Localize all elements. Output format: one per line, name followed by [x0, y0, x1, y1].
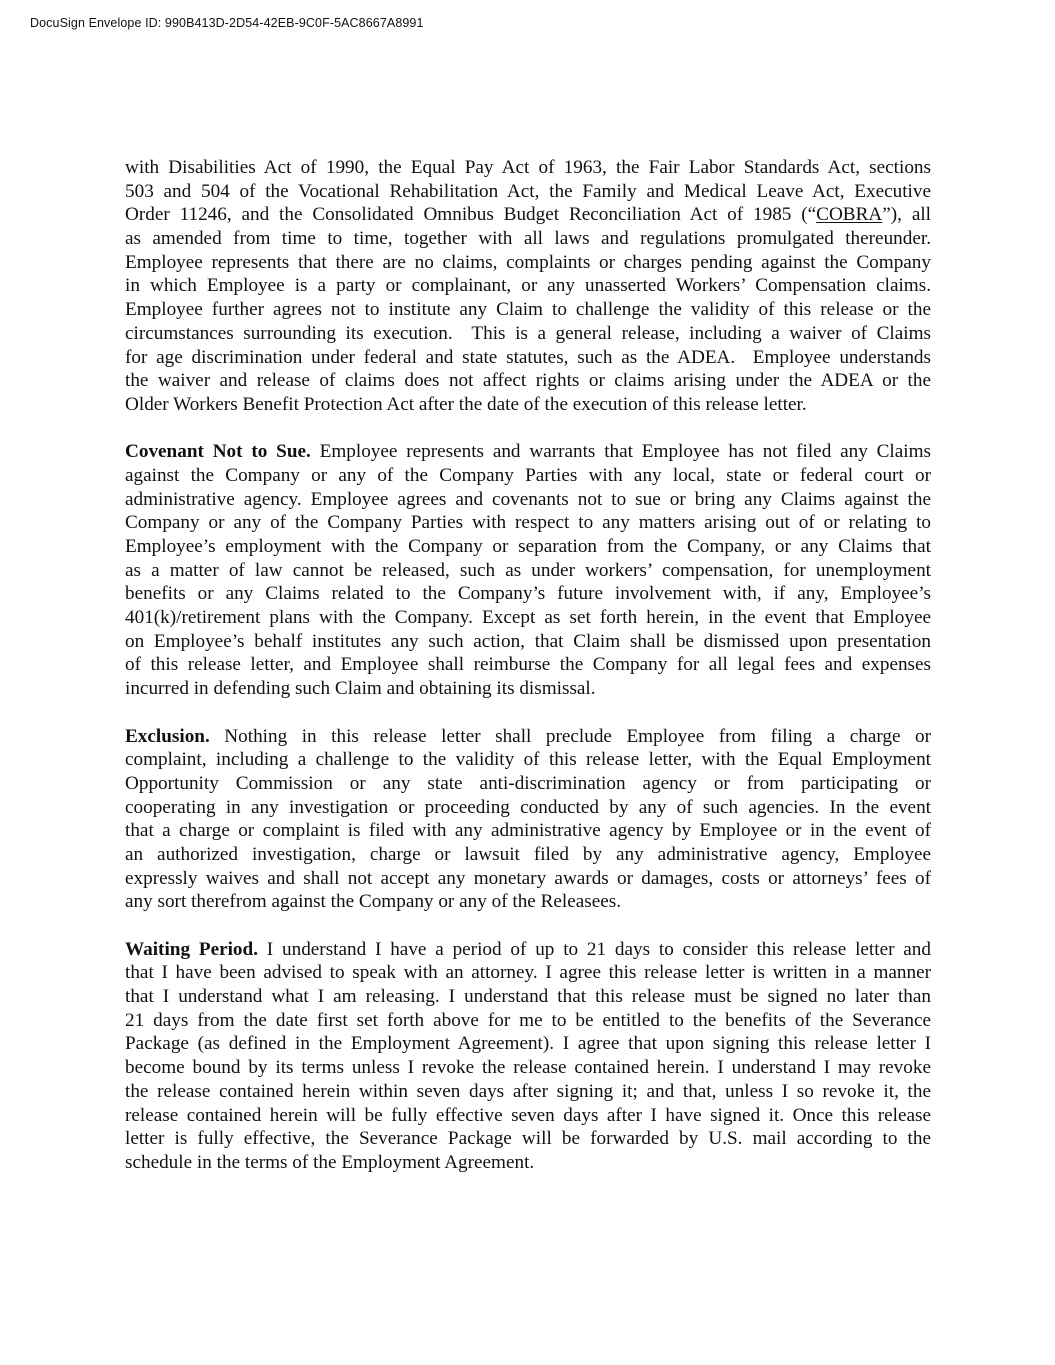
text-line: Opportunity Commission or any state anti…: [125, 772, 931, 796]
text-line: incurred in defending such Claim and obt…: [125, 677, 931, 701]
text-line: Employee further agrees not to institute…: [125, 298, 931, 322]
text-line: as amended from time to time, together w…: [125, 227, 931, 251]
text-line: administrative agency. Employee agrees a…: [125, 488, 931, 512]
text-line: as a matter of law cannot be released, s…: [125, 559, 931, 583]
text-line: schedule in the terms of the Employment …: [125, 1151, 931, 1175]
text-line: Waiting Period. I understand I have a pe…: [125, 938, 931, 962]
text-line: Older Workers Benefit Protection Act aft…: [125, 393, 931, 417]
text-line: in which Employee is a party or complain…: [125, 274, 931, 298]
text-line: Employee represents that there are no cl…: [125, 251, 931, 275]
text-line: 401(k)/retirement plans with the Company…: [125, 606, 931, 630]
section-heading: Waiting Period.: [125, 939, 258, 960]
text-line: cooperating in any investigation or proc…: [125, 796, 931, 820]
text-line: 503 and 504 of the Vocational Rehabilita…: [125, 180, 931, 204]
text-line: the waiver and release of claims does no…: [125, 369, 931, 393]
text-line: complaint, including a challenge to the …: [125, 748, 931, 772]
text-line: with Disabilities Act of 1990, the Equal…: [125, 156, 931, 180]
paragraph-exclusion: Exclusion. Nothing in this release lette…: [125, 725, 931, 915]
section-heading: Exclusion.: [125, 726, 210, 747]
text-line: letter is fully effective, the Severance…: [125, 1127, 931, 1151]
document-page: with Disabilities Act of 1990, the Equal…: [125, 156, 931, 1198]
text-line: Package (as defined in the Employment Ag…: [125, 1032, 931, 1056]
text-line: benefits or any Claims related to the Co…: [125, 582, 931, 606]
paragraph-waiting-period: Waiting Period. I understand I have a pe…: [125, 938, 931, 1175]
text-line: Exclusion. Nothing in this release lette…: [125, 725, 931, 749]
text-line: on Employee’s behalf institutes any such…: [125, 630, 931, 654]
section-heading: Covenant Not to Sue.: [125, 441, 311, 462]
text-line: that a charge or complaint is filed with…: [125, 819, 931, 843]
text-line: become bound by its terms unless I revok…: [125, 1056, 931, 1080]
text-line: of this release letter, and Employee sha…: [125, 653, 931, 677]
text-line: Company or any of the Company Parties wi…: [125, 511, 931, 535]
text-line: Employee’s employment with the Company o…: [125, 535, 931, 559]
text-line: for age discrimination under federal and…: [125, 346, 931, 370]
text-line: any sort therefrom against the Company o…: [125, 890, 931, 914]
text-line: circumstances surrounding its execution.…: [125, 322, 931, 346]
text-line: an authorized investigation, charge or l…: [125, 843, 931, 867]
text-line: 21 days from the date first set forth ab…: [125, 1009, 931, 1033]
text-line: that I understand what I am releasing. I…: [125, 985, 931, 1009]
text-line: release contained herein will be fully e…: [125, 1104, 931, 1128]
cobra-defined-term: COBRA: [816, 204, 882, 225]
text-line: that I have been advised to speak with a…: [125, 961, 931, 985]
paragraph-covenant-not-to-sue: Covenant Not to Sue. Employee represents…: [125, 440, 931, 701]
text-line: the release contained herein within seve…: [125, 1080, 931, 1104]
docusign-envelope-id: DocuSign Envelope ID: 990B413D-2D54-42EB…: [30, 16, 424, 30]
text-line: expressly waives and shall not accept an…: [125, 867, 931, 891]
text-line: Covenant Not to Sue. Employee represents…: [125, 440, 931, 464]
text-line: Order 11246, and the Consolidated Omnibu…: [125, 203, 931, 227]
paragraph-general-release: with Disabilities Act of 1990, the Equal…: [125, 156, 931, 417]
text-line: against the Company or any of the Compan…: [125, 464, 931, 488]
